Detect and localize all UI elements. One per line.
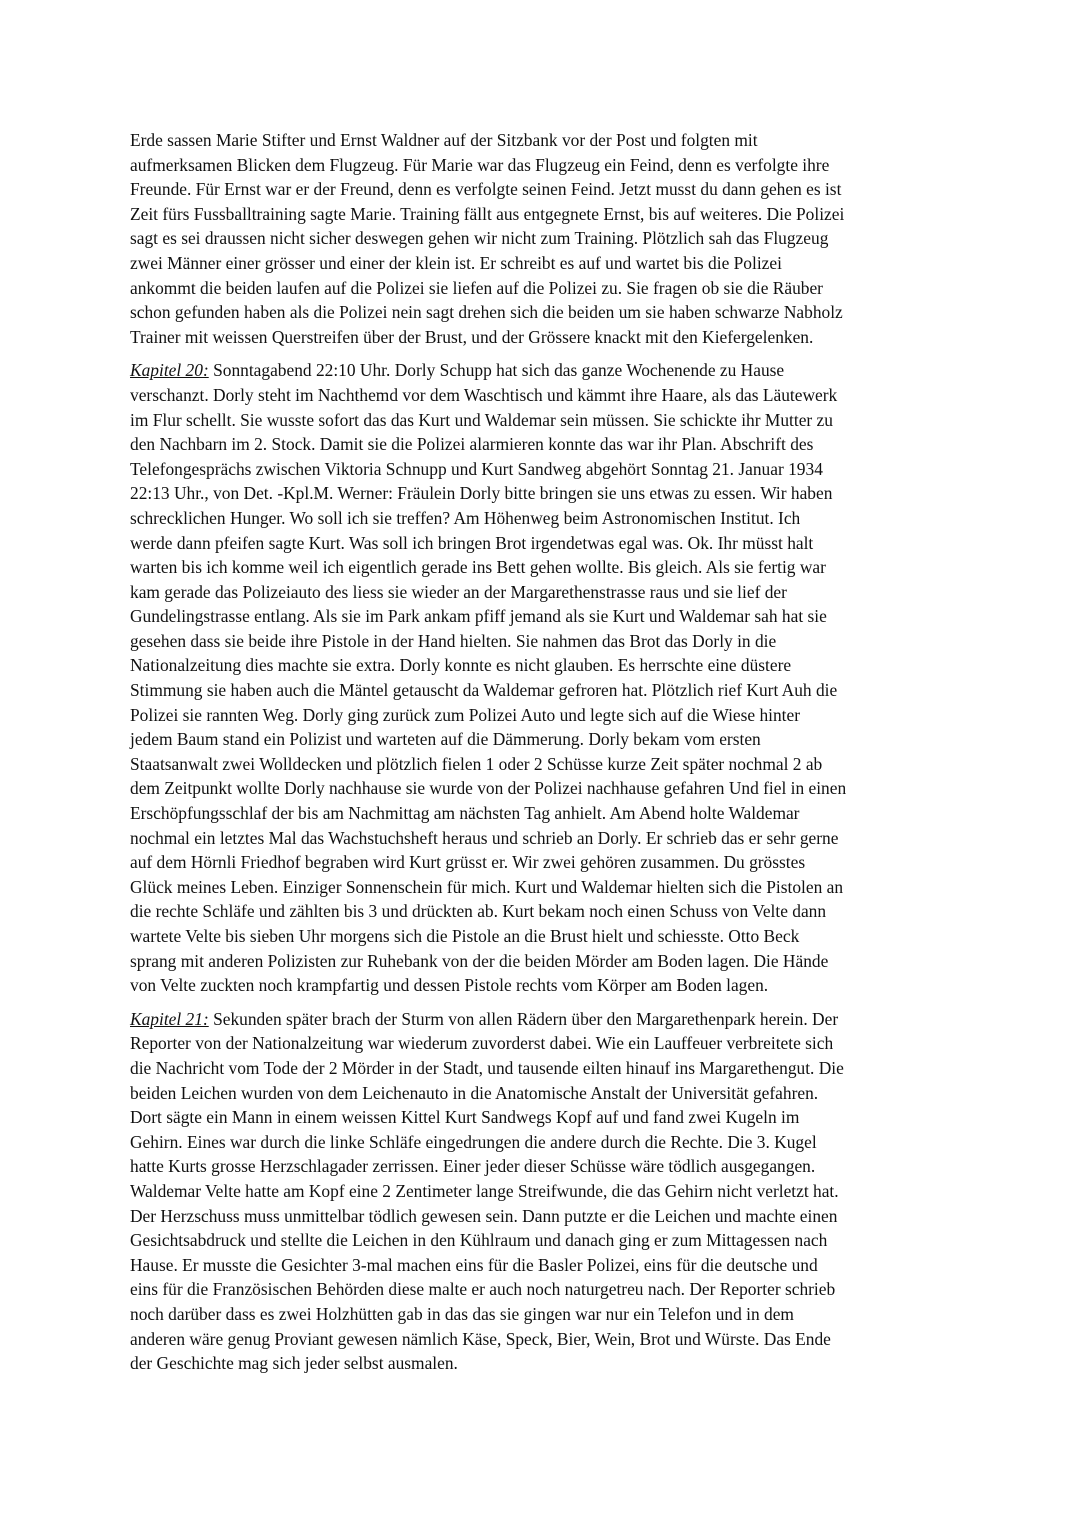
text-line: Kapitel 21: Sekunden später brach der St…: [130, 1007, 955, 1032]
text-line: auf dem Hörnli Friedhof begraben wird Ku…: [130, 850, 955, 875]
text-line: zwei Männer einer grösser und einer der …: [130, 251, 955, 276]
text-line: Hause. Er musste die Gesichter 3-mal mac…: [130, 1253, 955, 1278]
text-line: hatte Kurts grosse Herzschlagader zerris…: [130, 1154, 955, 1179]
text-line: werde dann pfeifen sagte Kurt. Was soll …: [130, 531, 955, 556]
text-line: Gehirn. Eines war durch die linke Schläf…: [130, 1130, 955, 1155]
text-line: gesehen dass sie beide ihre Pistole in d…: [130, 629, 955, 654]
text-line: Gesichtsabdruck und stellte die Leichen …: [130, 1228, 955, 1253]
text-line: Stimmung sie haben auch die Mäntel getau…: [130, 678, 955, 703]
paragraph-chapter-21: Kapitel 21: Sekunden später brach der St…: [130, 1007, 955, 1376]
text-line: wartete Velte bis sieben Uhr morgens sic…: [130, 924, 955, 949]
text-line: den Nachbarn im 2. Stock. Damit sie die …: [130, 432, 955, 457]
text-line: Gundelingstrasse entlang. Als sie im Par…: [130, 604, 955, 629]
text-line: aufmerksamen Blicken dem Flugzeug. Für M…: [130, 153, 955, 178]
text-line: schrecklichen Hunger. Wo soll ich sie tr…: [130, 506, 955, 531]
text-line: Glück meines Leben. Einziger Sonnenschei…: [130, 875, 955, 900]
text-line: Waldemar Velte hatte am Kopf eine 2 Zent…: [130, 1179, 955, 1204]
text-line: der Geschichte mag sich jeder selbst aus…: [130, 1351, 955, 1376]
text-line: Erschöpfungsschlaf der bis am Nachmittag…: [130, 801, 955, 826]
text-line: sagt es sei draussen nicht sicher desweg…: [130, 226, 955, 251]
text-line: warten bis ich komme weil ich eigentlich…: [130, 555, 955, 580]
text-line: Der Herzschuss muss unmittelbar tödlich …: [130, 1204, 955, 1229]
chapter-21-heading: Kapitel 21:: [130, 1009, 209, 1029]
text-line: anderen wäre genug Proviant gewesen näml…: [130, 1327, 955, 1352]
text-line: die rechte Schläfe und zählten bis 3 und…: [130, 899, 955, 924]
text-line: beiden Leichen wurden von dem Leichenaut…: [130, 1081, 955, 1106]
text-line: nochmal ein letztes Mal das Wachstuchshe…: [130, 826, 955, 851]
text-line: verschanzt. Dorly steht im Nachthemd vor…: [130, 383, 955, 408]
text-line: schon gefunden haben als die Polizei nei…: [130, 300, 955, 325]
text-line: Freunde. Für Ernst war er der Freund, de…: [130, 177, 955, 202]
text-line: kam gerade das Polizeiauto des liess sie…: [130, 580, 955, 605]
text-line: Trainer mit weissen Querstreifen über de…: [130, 325, 955, 350]
text-line: Polizei sie rannten Weg. Dorly ging zurü…: [130, 703, 955, 728]
document-page: Erde sassen Marie Stifter und Ernst Wald…: [130, 128, 955, 1385]
text-line-content: Sekunden später brach der Sturm von alle…: [209, 1009, 838, 1029]
text-line: sprang mit anderen Polizisten zur Ruheba…: [130, 949, 955, 974]
text-line: Kapitel 20: Sonntagabend 22:10 Uhr. Dorl…: [130, 358, 955, 383]
text-line: ankommt die beiden laufen auf die Polize…: [130, 276, 955, 301]
text-line: jedem Baum stand ein Polizist und wartet…: [130, 727, 955, 752]
text-line: Zeit fürs Fussballtraining sagte Marie. …: [130, 202, 955, 227]
paragraph-intro: Erde sassen Marie Stifter und Ernst Wald…: [130, 128, 955, 349]
text-line: Staatsanwalt zwei Wolldecken und plötzli…: [130, 752, 955, 777]
paragraph-chapter-20: Kapitel 20: Sonntagabend 22:10 Uhr. Dorl…: [130, 358, 955, 997]
text-line: Reporter von der Nationalzeitung war wie…: [130, 1031, 955, 1056]
text-line: eins für die Französischen Behörden dies…: [130, 1277, 955, 1302]
text-line: Dort sägte ein Mann in einem weissen Kit…: [130, 1105, 955, 1130]
text-line: dem Zeitpunkt wollte Dorly nachhause sie…: [130, 776, 955, 801]
text-line: Nationalzeitung dies machte sie extra. D…: [130, 653, 955, 678]
text-line: Telefongesprächs zwischen Viktoria Schnu…: [130, 457, 955, 482]
text-line: 22:13 Uhr., von Det. -Kpl.M. Werner: Frä…: [130, 481, 955, 506]
text-line: im Flur schellt. Sie wusste sofort das d…: [130, 408, 955, 433]
text-line: Erde sassen Marie Stifter und Ernst Wald…: [130, 128, 955, 153]
text-line-content: Sonntagabend 22:10 Uhr. Dorly Schupp hat…: [209, 360, 784, 380]
text-line: die Nachricht vom Tode der 2 Mörder in d…: [130, 1056, 955, 1081]
text-line: von Velte zuckten noch krampfartig und d…: [130, 973, 955, 998]
text-line: noch darüber dass es zwei Holzhütten gab…: [130, 1302, 955, 1327]
chapter-20-heading: Kapitel 20:: [130, 360, 209, 380]
